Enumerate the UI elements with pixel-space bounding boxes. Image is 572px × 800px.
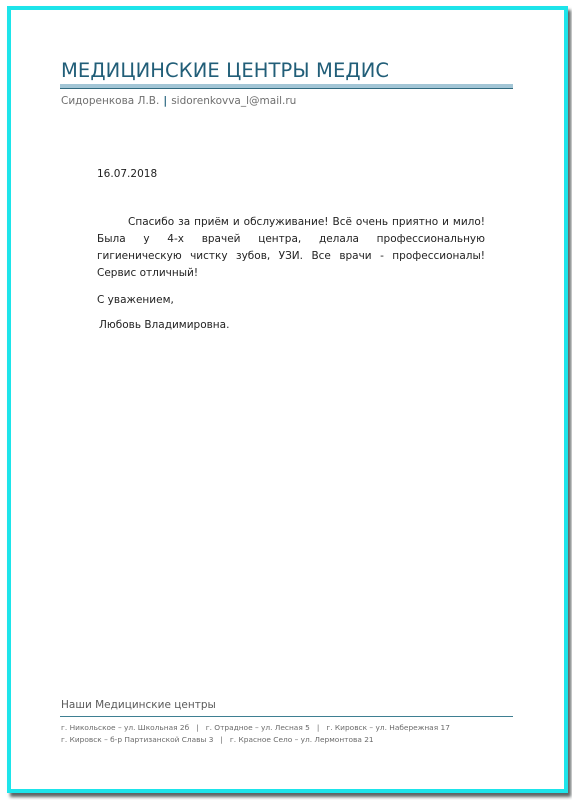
address: г. Кировск – ул. Набережная 17: [326, 723, 450, 732]
letter-signature: Любовь Владимировна.: [99, 319, 229, 331]
address: г. Никольское – ул. Школьная 2б: [61, 723, 189, 732]
separator: |: [220, 735, 223, 744]
organization-title: МЕДИЦИНСКИЕ ЦЕНТРЫ МЕДИС: [61, 59, 389, 82]
address: г. Отрадное – ул. Лесная 5: [206, 723, 310, 732]
footer-addresses-line2: г. Кировск – б-р Партизанской Славы 3|г.…: [61, 735, 374, 744]
footer-divider: [60, 716, 513, 717]
footer-title: Наши Медицинские центры: [61, 699, 216, 711]
separator: |: [317, 723, 320, 732]
header-divider: [60, 84, 513, 89]
address: г. Красное Село – ул. Лермонтова 21: [230, 735, 374, 744]
separator: |: [196, 723, 199, 732]
sender-line: Сидоренкова Л.В.|sidorenkovva_l@mail.ru: [61, 95, 296, 107]
letter-page: МЕДИЦИНСКИЕ ЦЕНТРЫ МЕДИС Сидоренкова Л.В…: [0, 0, 572, 800]
address: г. Кировск – б-р Партизанской Славы 3: [61, 735, 213, 744]
separator: |: [163, 95, 167, 107]
letter-body: Спасибо за приём и обслуживание! Всё оче…: [97, 214, 485, 282]
sender-name: Сидоренкова Л.В.: [61, 95, 159, 107]
sender-email: sidorenkovva_l@mail.ru: [171, 95, 296, 107]
letter-closing: С уважением,: [97, 294, 174, 306]
letter-date: 16.07.2018: [97, 168, 157, 180]
footer-addresses-line1: г. Никольское – ул. Школьная 2б|г. Отрад…: [61, 723, 450, 732]
